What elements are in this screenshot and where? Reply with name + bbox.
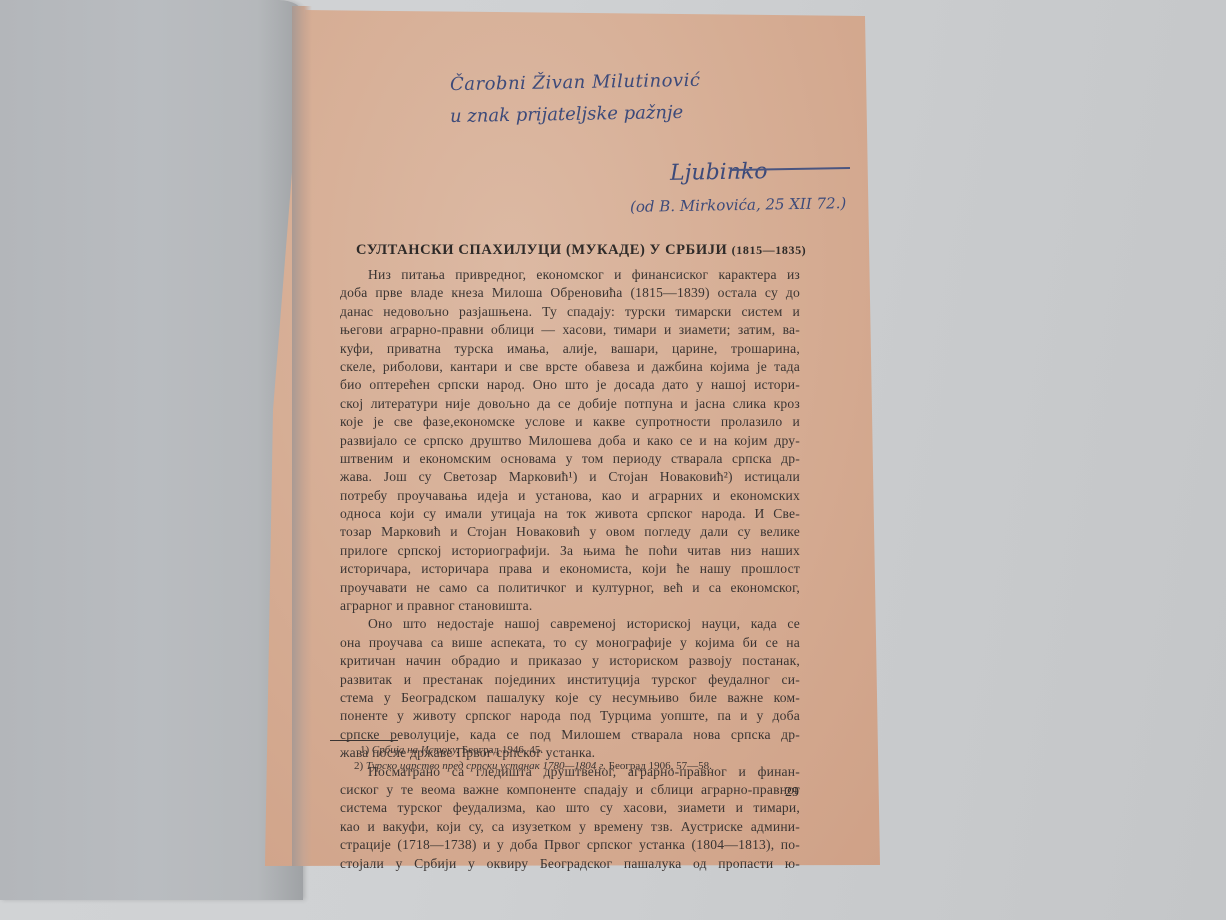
text-line: критичан начин обрадио и приказао у исто… [340, 652, 800, 670]
footnote-title: Србија на Истоку. [372, 744, 459, 756]
footnotes: 1) Србија на Истоку. Београд 1946, 45.2)… [354, 742, 814, 774]
article-title: СУЛТАНСКИ СПАХИЛУЦИ (МУКАДЕ) У СРБИЈИ (1… [356, 242, 796, 259]
text-line: штвеним и економским основама у том пери… [340, 450, 800, 468]
footnote-number: 2) [354, 760, 363, 772]
text-line: жава. Још су Светозар Марковић¹) и Стоја… [340, 468, 800, 486]
footnote: 1) Србија на Истоку. Београд 1946, 45. [354, 742, 814, 758]
text-line: био оптерећен српски народ. Оно што је д… [340, 376, 800, 394]
text-line: страције (1718—1738) и у доба Првог српс… [340, 836, 800, 854]
text-line: ској литератури није довољно да се добиј… [340, 395, 800, 413]
signature: Ljubinko [670, 159, 768, 186]
article-body: Низ питања привредног, економског и фина… [340, 266, 800, 873]
text-line: аграрног и правног становишта. [340, 597, 800, 615]
dedication-line-1: Čarobni Živan Milutinović [450, 70, 701, 95]
footnote-citation: Београд 1906, 57—58. [606, 760, 712, 772]
text-line: стема у Београдском пашалуку које су нес… [340, 689, 800, 707]
article-title-text: СУЛТАНСКИ СПАХИЛУЦИ (МУКАДЕ) У СРБИЈИ [356, 242, 727, 258]
text-line: Оно што недостаје нашој савременој истор… [340, 615, 800, 633]
text-line: стојали у Србији у оквиру Београдског па… [340, 855, 800, 873]
page-number: 29 [785, 785, 799, 801]
text-line: тозар Марковић и Стојан Новаковић у овом… [340, 523, 800, 541]
text-line: система турског феудализма, као што су х… [340, 799, 800, 817]
text-line: доба прве владе кнеза Милоша Обреновића … [340, 284, 800, 302]
text-line: потребу проучавања идеја и установа, као… [340, 487, 800, 505]
text-line: историчара, историчара права и економист… [340, 560, 800, 578]
text-line: прилоге српској историографији. За њима … [340, 542, 800, 560]
text-line: Низ питања привредног, економског и фина… [340, 266, 800, 284]
footnote-citation: Београд 1946, 45. [459, 744, 543, 756]
text-line: она проучава са више аспеката, то су мон… [340, 634, 800, 652]
footnote: 2) Турско царство пред српски устанак 17… [354, 758, 814, 774]
text-line: односа који су имали утицаја на ток живо… [340, 505, 800, 523]
footnote-number: 1) [360, 744, 369, 756]
article-title-years: (1815—1835) [732, 243, 807, 257]
text-line: развитак и престанак појединих институци… [340, 671, 800, 689]
text-line: развијало се српско друштво Милошева доб… [340, 432, 800, 450]
text-line: проучавати не само са политичког и култу… [340, 579, 800, 597]
left-blank-page [0, 0, 303, 900]
book-gutter [292, 6, 312, 866]
handwritten-dedication: Čarobni Živan Milutinović u znak prijate… [450, 72, 850, 232]
text-line: које је све фазе,економске услове и какв… [340, 413, 800, 431]
text-line: као и вакуфи, који су, са изузетком у вр… [340, 818, 800, 836]
dedication-line-2: u znak prijateljske pažnje [450, 102, 684, 127]
text-line: сиског у те веома важне компоненте спада… [340, 781, 800, 799]
text-line: куфи, приватна турска имања, алије, ваша… [340, 340, 800, 358]
text-line: поненте у животу српског народа под Турц… [340, 707, 800, 725]
text-line: његови аграрно-правни облици — хасови, т… [340, 321, 800, 339]
footnote-rule [330, 740, 398, 741]
dedication-note: (od B. Mirkovića, 25 XII 72.) [630, 194, 847, 216]
text-line: скеле, риболови, кантари и све врсте оба… [340, 358, 800, 376]
footnote-title: Турско царство пред српски устанак 1780—… [366, 760, 606, 772]
text-line: данас недовољно разјашњена. Ту спадају: … [340, 303, 800, 321]
